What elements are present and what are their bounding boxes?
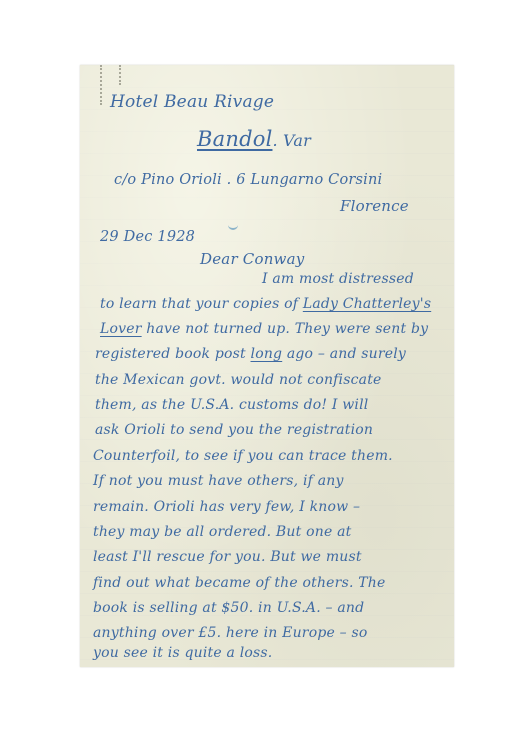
body-line-5: the Mexican govt. would not confiscate	[95, 372, 382, 388]
body-line-10: remain. Orioli has very few, I know –	[93, 499, 360, 515]
letter-date: 29 Dec 1928	[100, 229, 195, 245]
letterhead-town: Bandol. Var	[197, 127, 311, 151]
body-line-3: Lover have not turned up. They were sent…	[100, 321, 428, 337]
region-name: . Var	[272, 131, 310, 150]
body-line-1: I am most distressed	[262, 271, 414, 287]
body-line-2: to learn that your copies of Lady Chatte…	[100, 296, 431, 312]
body-line-4: registered book post long ago – and sure…	[95, 346, 406, 362]
body-line-7: ask Orioli to send you the registration	[95, 422, 373, 438]
book-title-part-1: Lady Chatterley's	[303, 296, 431, 312]
letterhead-hotel: Hotel Beau Rivage	[110, 92, 274, 112]
body-line-14: book is selling at $50. in U.S.A. – and	[93, 600, 364, 616]
body-line-15: anything over £5. here in Europe – so	[93, 625, 368, 641]
body-text: ago – and surely	[282, 346, 406, 362]
address-line-2: Florence	[340, 197, 409, 215]
body-line-11: they may be all ordered. But one at	[93, 524, 351, 540]
body-text: to learn that your copies of	[100, 296, 303, 312]
fold-mark	[100, 65, 104, 105]
body-line-8: Counterfoil, to see if you can trace the…	[93, 448, 393, 464]
body-text: have not turned up. They were sent by	[142, 321, 429, 337]
town-name: Bandol	[197, 127, 272, 151]
book-title-part-2: Lover	[100, 321, 142, 337]
address-line-1: c/o Pino Orioli . 6 Lungarno Corsini	[114, 172, 382, 188]
fold-mark	[119, 65, 123, 85]
body-line-16: you see it is quite a loss.	[93, 645, 272, 661]
emphasized-word: long	[251, 346, 283, 362]
body-line-12: least I'll rescue for you. But we must	[93, 549, 362, 565]
body-line-13: find out what became of the others. The	[93, 575, 386, 591]
body-text: registered book post	[95, 346, 251, 362]
body-line-9: If not you must have others, if any	[93, 473, 344, 489]
body-line-6: them, as the U.S.A. customs do! I will	[95, 397, 368, 413]
salutation: Dear Conway	[200, 250, 304, 268]
